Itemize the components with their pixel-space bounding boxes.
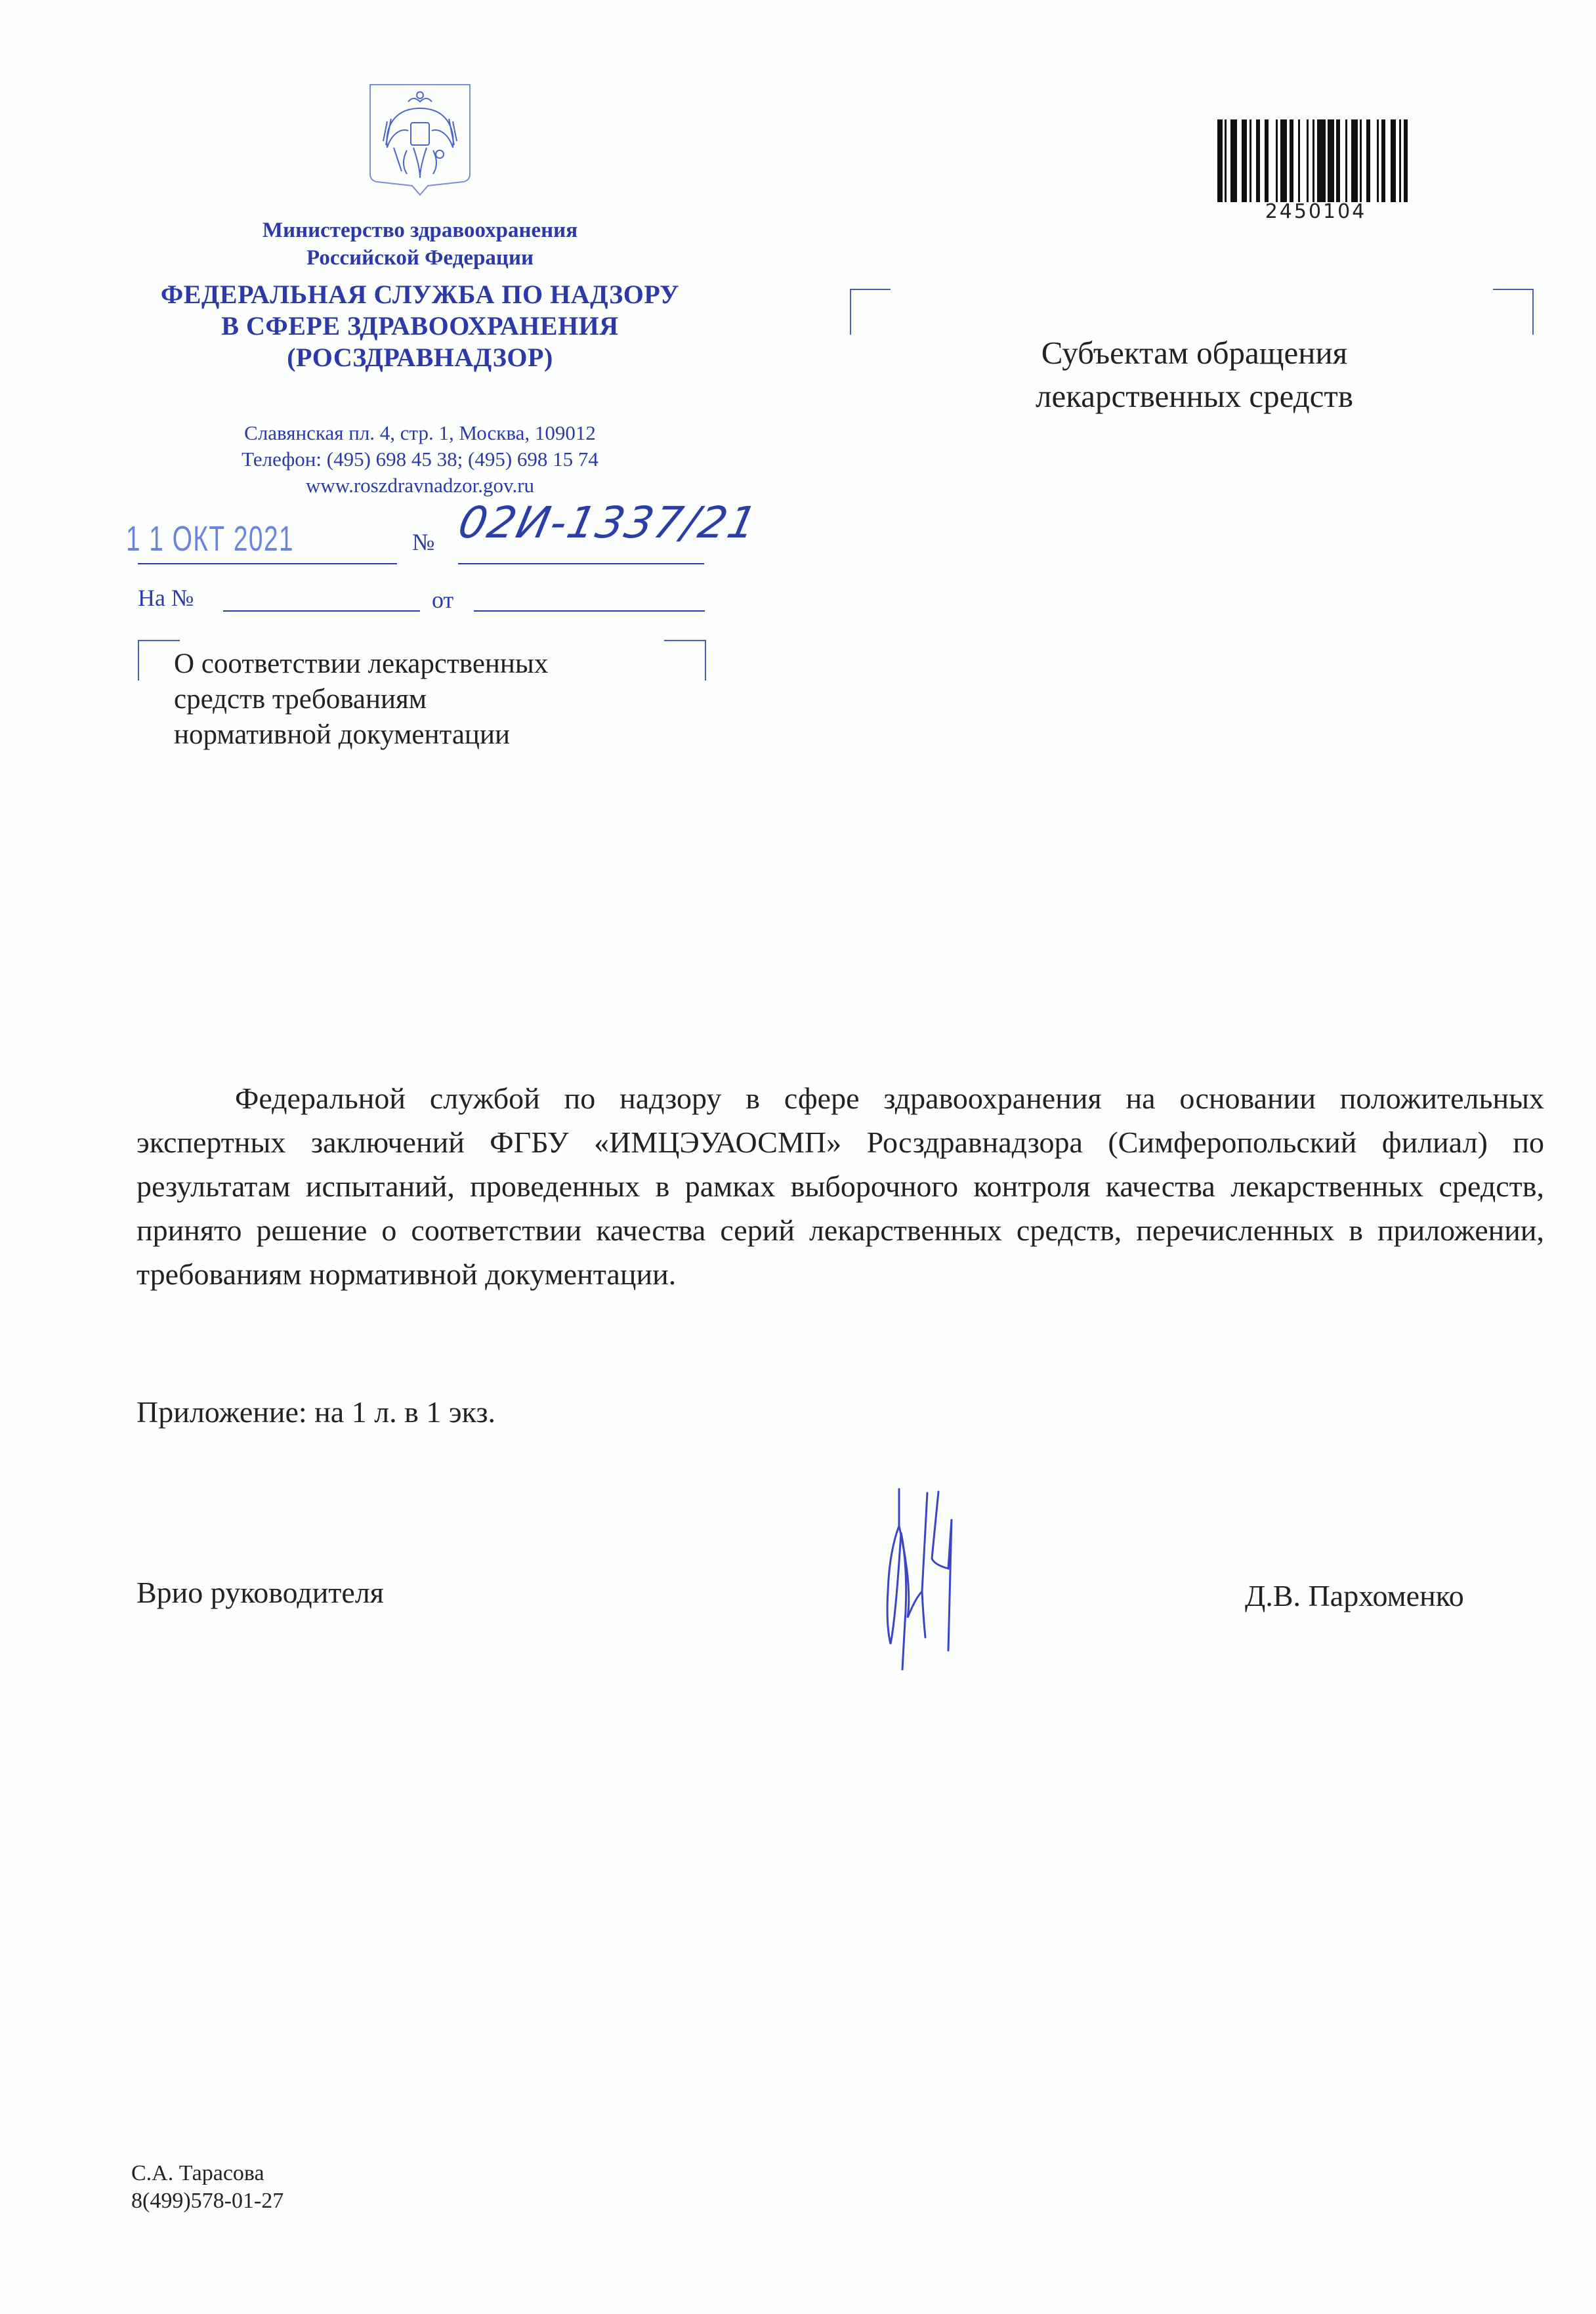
- date-stamp: 1 1 ОКТ 2021: [126, 518, 294, 559]
- number-label: №: [412, 528, 434, 556]
- handwritten-signature-icon: [850, 1486, 1020, 1670]
- coat-of-arms-icon: [367, 82, 472, 200]
- postal-address: Славянская пл. 4, стр. 1, Москва, 109012: [131, 420, 709, 446]
- signatory-title: Врио руководителя: [136, 1575, 384, 1610]
- subject-heading: О соответствии лекарственных средств тре…: [174, 646, 673, 753]
- executor-name: С.А. Тарасова: [131, 2160, 264, 2187]
- barcode-number: 2450104: [1214, 200, 1417, 223]
- addressee: Субъектам обращения лекарственных средст…: [879, 331, 1509, 418]
- letter-body: Федеральной службой по надзору в сфере з…: [136, 1076, 1544, 1296]
- signatory-name: Д.В. Пархоменко: [1245, 1578, 1464, 1613]
- addressee-bracket-left: [850, 289, 891, 335]
- subject-line-2: средств требованиям: [174, 682, 673, 717]
- service-line-3: (РОСЗДРАВНАДЗОР): [98, 342, 742, 373]
- reply-from-label: от: [432, 586, 453, 614]
- addressee-line-1: Субъектам обращения: [879, 331, 1509, 375]
- reply-to-label: На №: [138, 584, 194, 612]
- contact-block: Славянская пл. 4, стр. 1, Москва, 109012…: [131, 420, 709, 499]
- outgoing-number-handwritten: 02И-1337/21: [454, 497, 763, 548]
- addressee-line-2: лекарственных средств: [879, 375, 1509, 418]
- ministry-line-2: Российской Федерации: [131, 244, 709, 272]
- subject-line-3: нормативной документации: [174, 717, 673, 753]
- service-name: ФЕДЕРАЛЬНАЯ СЛУЖБА ПО НАДЗОРУ В СФЕРЕ ЗД…: [98, 279, 742, 373]
- subject-line-1: О соответствии лекарственных: [174, 646, 673, 682]
- number-underline: [458, 563, 704, 564]
- reply-from-field: [474, 610, 705, 612]
- service-line-2: В СФЕРЕ ЗДРАВООХРАНЕНИЯ: [98, 310, 742, 342]
- addressee-bracket-right: [1493, 289, 1534, 335]
- ministry-name: Министерство здравоохранения Российской …: [131, 217, 709, 272]
- phone-numbers: Телефон: (495) 698 45 38; (495) 698 15 7…: [131, 446, 709, 473]
- ministry-line-1: Министерство здравоохранения: [131, 217, 709, 244]
- barcode-icon: [1217, 117, 1414, 202]
- website-link[interactable]: www.roszdravnadzor.gov.ru: [131, 473, 709, 499]
- date-underline: [138, 563, 397, 564]
- attachment-note: Приложение: на 1 л. в 1 экз.: [136, 1395, 495, 1429]
- service-line-1: ФЕДЕРАЛЬНАЯ СЛУЖБА ПО НАДЗОРУ: [98, 279, 742, 310]
- executor-phone: 8(499)578-01-27: [131, 2188, 283, 2214]
- reply-to-field: [223, 610, 420, 612]
